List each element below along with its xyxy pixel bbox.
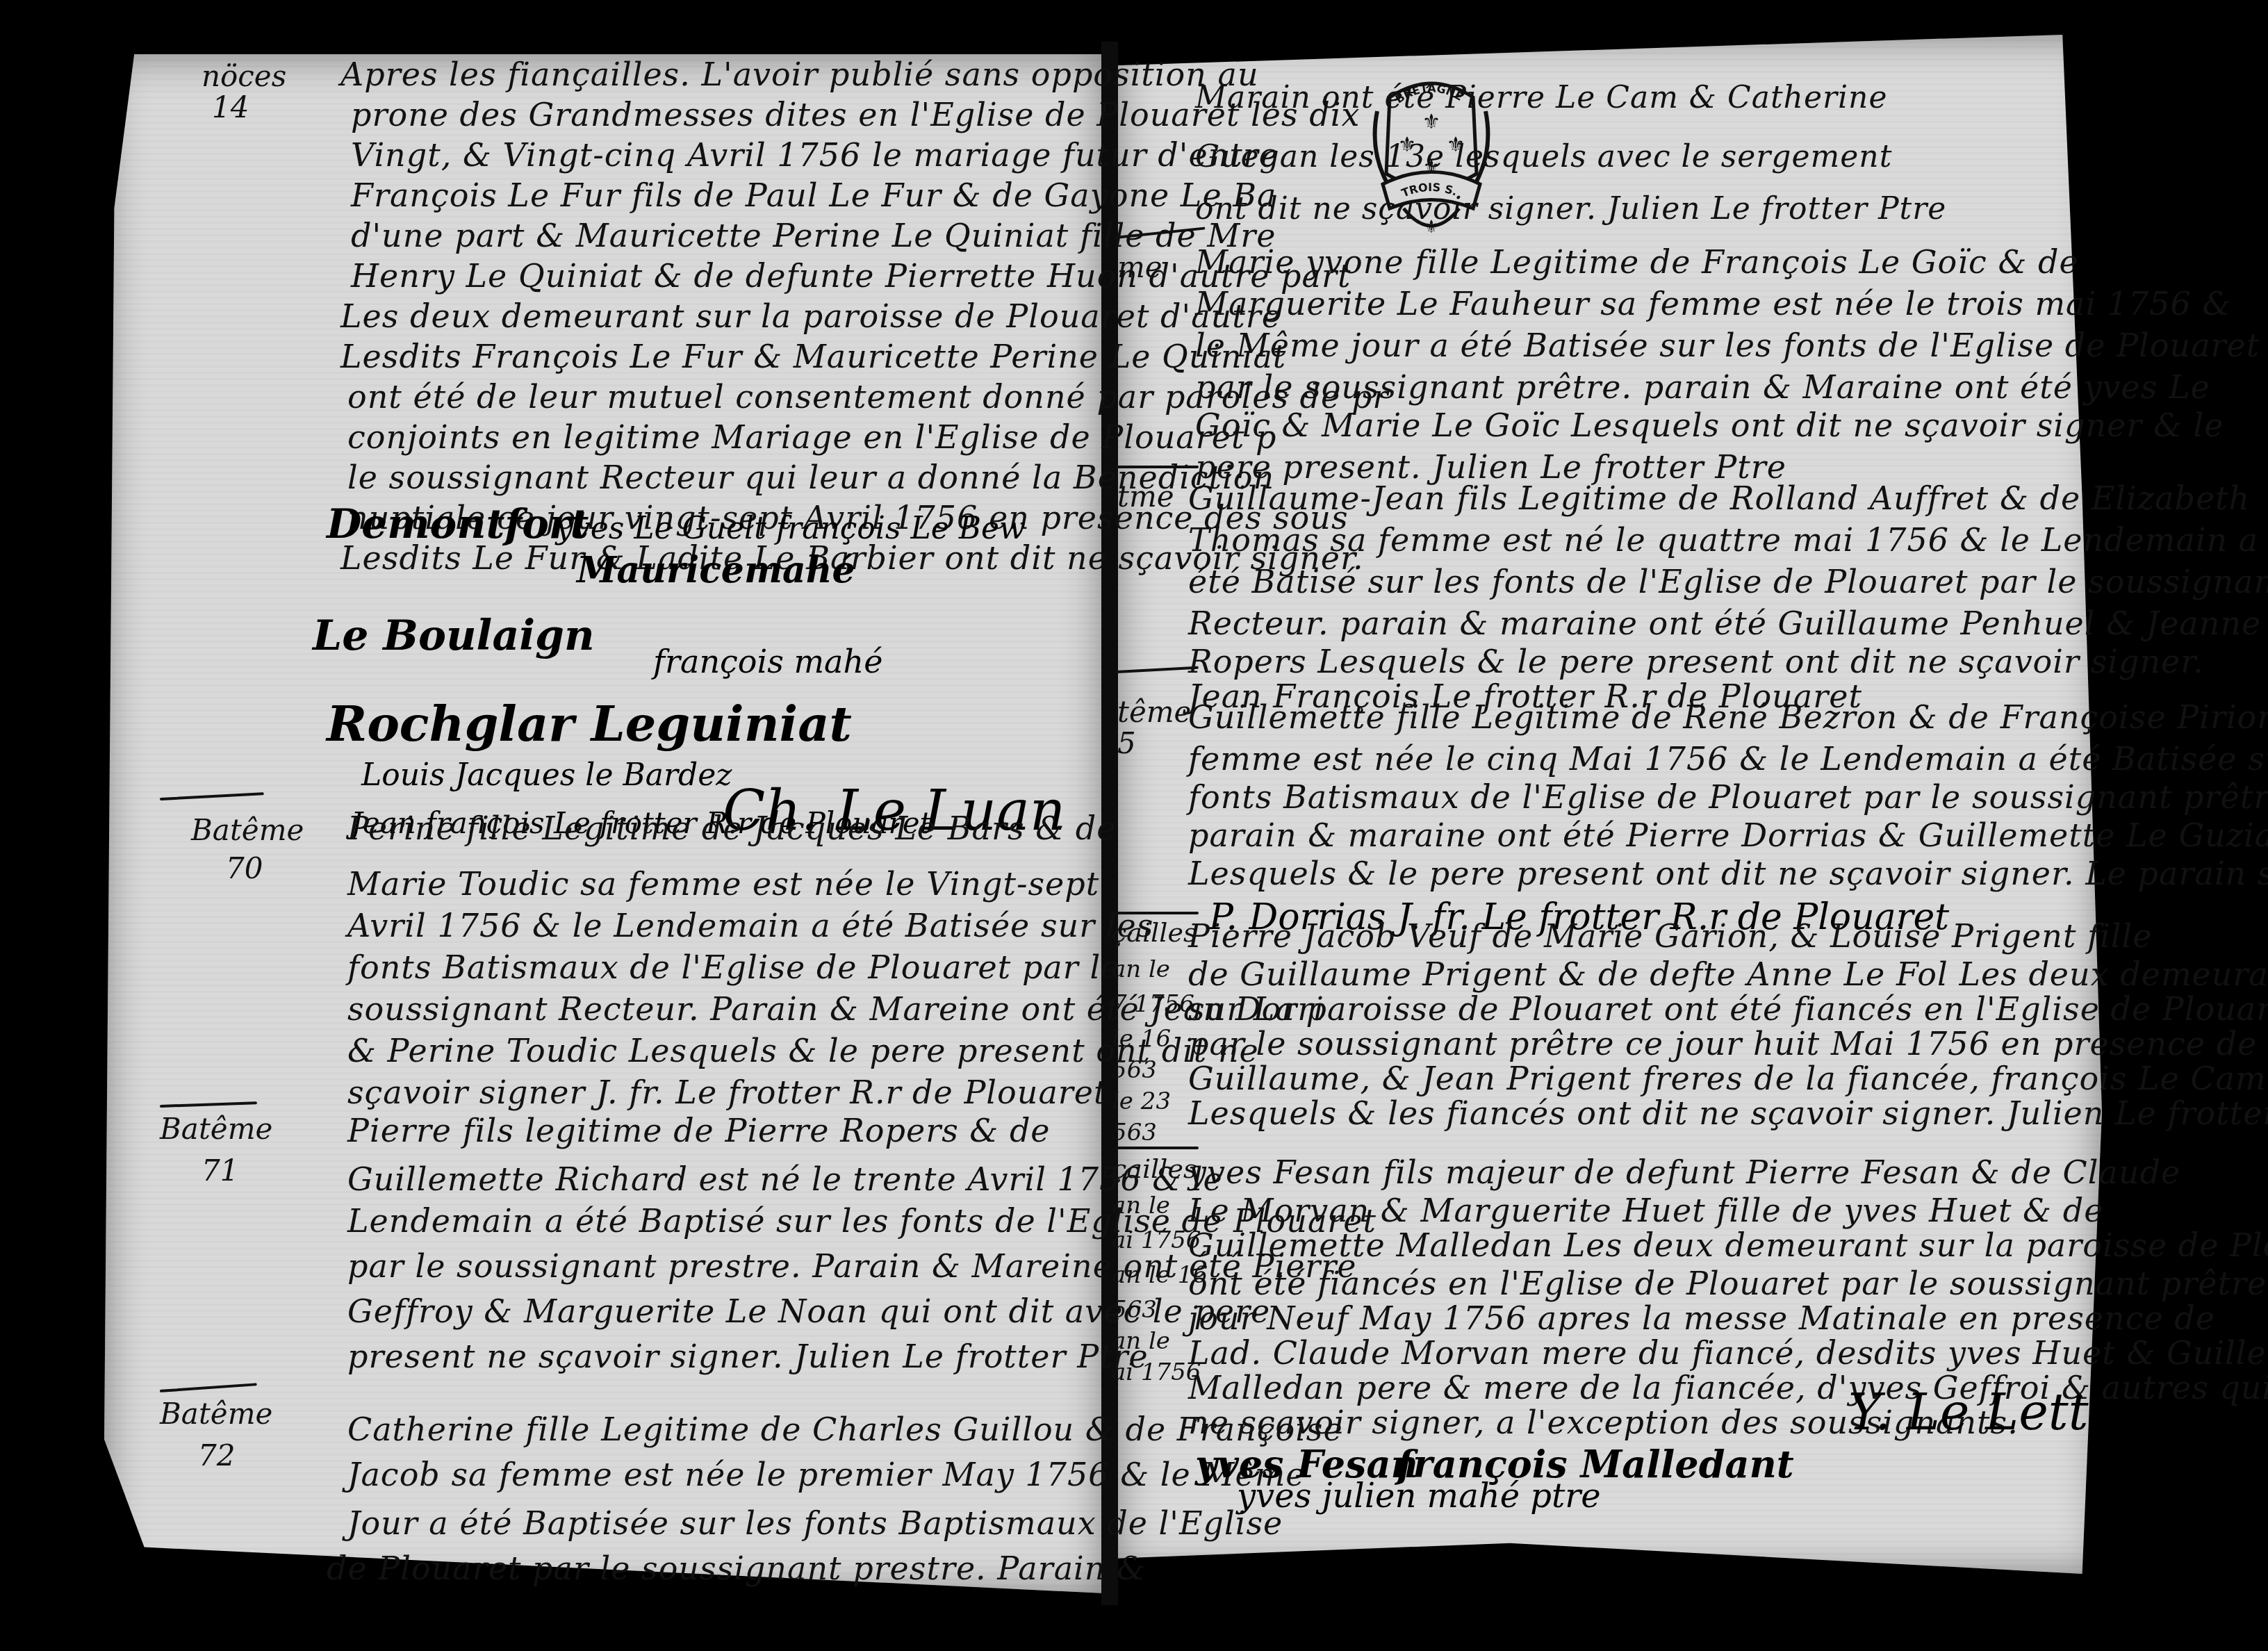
margin-note: 7 1756 [1112, 990, 1194, 1018]
signature-yves-julien-mahe: yves julien mahé ptre [1237, 1477, 1601, 1516]
margin-number: 71 [202, 1153, 238, 1188]
text-line: Thomas sa femme est né le quattre mai 17… [1188, 521, 2258, 559]
text-line: Guillaume, & Jean Prigent freres de la f… [1188, 1060, 2268, 1097]
text-line: fonts Batismaux de l'Eglise de Plouaret … [1188, 778, 2268, 816]
text-line: Les deux demeurant sur la paroisse de Pl… [340, 297, 1281, 335]
text-line: Marie Toudic sa femme est née le Vingt-s… [347, 865, 1099, 903]
text-line: Pierre Jacob Veuf de Marie Garion, & Lou… [1188, 917, 2152, 955]
text-line: Marain ont été Pierre Le Cam & Catherine [1195, 80, 1887, 115]
text-line: Le Morvan & Marguerite Huet fille de yve… [1188, 1192, 2103, 1229]
margin-note: le 23 [1112, 1087, 1171, 1115]
text-line: de Guillaume Prigent & de defte Anne Le … [1188, 955, 2268, 993]
text-line: par le soussignant prêtre. parain & Mara… [1195, 368, 2210, 406]
text-line: Malledan pere & mere de la fiancée, d'yv… [1188, 1369, 2268, 1406]
signature-le-lett: Y. Le Lett [1848, 1383, 2089, 1441]
margin-label: Batême [160, 1112, 272, 1146]
text-line: ont dit ne sçavoir signer. Julien Le fro… [1195, 191, 1946, 227]
text-line: Avril 1756 & le Lendemain a été Batisée … [347, 907, 1153, 944]
margin-label: nöces [202, 59, 286, 93]
text-line: present ne sçavoir signer. Julien Le fro… [347, 1338, 1149, 1375]
text-line: Guillemette fille Legitime de René Bezro… [1188, 698, 2268, 736]
text-line: fonts Batismaux de l'Eglise de Plouaret … [347, 948, 1120, 986]
text-line: Jacob sa femme est née le premier May 17… [347, 1456, 1306, 1493]
text-line: parain & maraine ont été Pierre Dorrias … [1188, 816, 2268, 854]
text-line: Lad. Claude Morvan mere du fiancé, desdi… [1188, 1334, 2268, 1372]
text-line: Jour a été Baptisée sur les fonts Baptis… [347, 1504, 1283, 1542]
margin-note: an le [1112, 1192, 1170, 1219]
margin-number: 70 [226, 851, 263, 885]
entry-divider [1115, 1147, 1199, 1149]
text-line: Lesdits François Le Fur & Mauricette Per… [340, 338, 1286, 375]
text-line: Ropers Lesquels & le pere present ont di… [1188, 643, 2204, 680]
margin-note: an le [1112, 955, 1170, 983]
text-line: Guillaume-Jean fils Legitime de Rolland … [1188, 479, 2250, 517]
signature-le-boulaign: Le Boulaign [313, 611, 595, 660]
text-line: Lesquels & le pere present ont dit ne sç… [1188, 855, 2268, 892]
margin-label: tme [1117, 479, 1174, 514]
signature-le-bew: yves Le Guelt françois Le Bew [556, 511, 1026, 546]
entry-divider [1115, 466, 1199, 468]
text-line: yves Fesan fils majeur de defunt Pierre … [1188, 1153, 2180, 1191]
margin-label: tême [1117, 695, 1191, 729]
margin-number: 72 [198, 1438, 235, 1472]
signature-mauricemahe: Mauricemahé [577, 549, 855, 591]
margin-number: 5 [1117, 726, 1136, 760]
text-line: sur La paroisse de Plouaret ont été fian… [1188, 990, 2268, 1028]
margin-number: 14 [212, 90, 249, 124]
text-line: Recteur. parain & maraine ont été Guilla… [1188, 605, 2261, 642]
text-line: conjoints en legitime Mariage en l'Eglis… [347, 418, 1276, 456]
text-line: de Plouaret par le soussignant prestre. … [327, 1550, 1146, 1587]
signature-leguiniat: Rochglar Leguiniat [327, 695, 852, 753]
text-line: Apres les fiançailles. L'avoir publié sa… [340, 56, 1259, 93]
margin-note: 563 [1112, 1056, 1157, 1084]
text-line: été Batisé sur les fonts de l'Eglise de … [1188, 563, 2268, 600]
text-line: Goïc & Marie Le Goïc Lesquels ont dit ne… [1195, 406, 2224, 444]
text-line: Marguerite Le Fauheur sa femme est née l… [1195, 285, 2231, 322]
margin-label: Batême [191, 813, 304, 847]
margin-label: çailles [1112, 1153, 1197, 1184]
margin-label: çailles [1112, 917, 1197, 948]
text-line: ont été fiancés en l'Eglise de Plouaret … [1188, 1265, 2268, 1302]
text-line: jour Neuf May 1756 apres la messe Matina… [1188, 1299, 2215, 1337]
margin-note: 563 [1112, 1296, 1157, 1324]
signature-demontfort: Demontfort [327, 500, 589, 548]
text-line: Marie yvone fille Legitime de François L… [1195, 243, 2079, 281]
text-line: femme est née le cinq Mai 1756 & le Lend… [1188, 740, 2268, 778]
text-line: François Le Fur fils de Paul Le Fur & de… [351, 176, 1277, 214]
text-line: Pierre fils legitime de Pierre Ropers & … [347, 1112, 1051, 1149]
text-line: le Même jour a été Batisée sur les fonts… [1195, 327, 2260, 364]
margin-note: an le [1112, 1327, 1170, 1355]
signature-francois-mahe: françois mahé [653, 643, 882, 680]
text-line: Guillemette Richard est né le trente Avr… [347, 1160, 1223, 1198]
text-line: Vingt, & Vingt-cinq Avril 1756 le mariag… [351, 136, 1279, 174]
text-line: Guillemette Malledan Les deux demeurant … [1188, 1226, 2268, 1264]
margin-note: 563 [1112, 1119, 1157, 1147]
text-line: sçavoir signer J. fr. Le frotter R.r de … [347, 1074, 1108, 1111]
margin-label: Batême [160, 1397, 272, 1431]
signature-le-bardez: Louis Jacques le Bardez [361, 757, 732, 793]
margin-note: le 16 [1112, 1025, 1171, 1053]
text-line: Lesquels & les fiancés ont dit ne sçavoi… [1188, 1094, 2268, 1132]
margin-label: me [1117, 250, 1162, 284]
entry-divider [1115, 912, 1199, 914]
text-line: Guegan les 13e lesquels avec le sergemen… [1195, 139, 1892, 174]
text-line: par le soussignant prêtre ce jour huit M… [1188, 1025, 2268, 1062]
text-line: Perine fille Legitime de Jacques Le Bars… [347, 810, 1116, 847]
